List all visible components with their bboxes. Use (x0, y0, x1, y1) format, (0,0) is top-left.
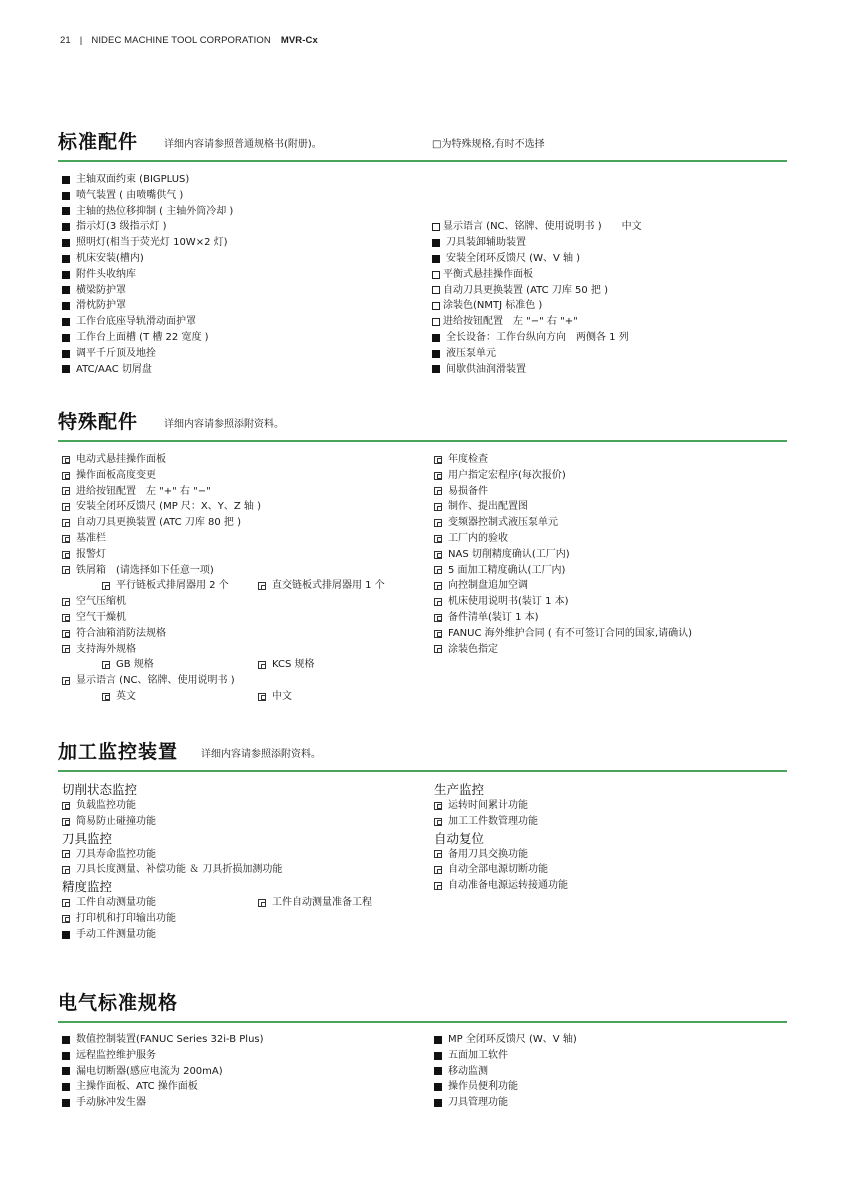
square-in-square-icon (62, 915, 70, 923)
empty-square-icon (432, 223, 440, 231)
section-divider (58, 770, 787, 772)
list-item: 安装全闭环反馈尺 (MP 尺：X、Y、Z 轴 ) (62, 499, 414, 515)
list-item: 操作面板高度变更 (62, 468, 414, 484)
list-item: 年度检查 (434, 452, 692, 468)
item-label: 滑枕防护罩 (76, 298, 126, 314)
list-item: 调平千斤顶及地拴 (62, 346, 233, 362)
item-label: 向控制盘追加空调 (448, 578, 528, 594)
list-item: 刀具装卸辅助装置 (432, 235, 642, 251)
filled-square-icon (62, 207, 70, 215)
square-in-square-icon (434, 630, 442, 638)
square-in-square-icon (434, 551, 442, 559)
header-separator: | (80, 35, 83, 46)
square-in-square-icon (62, 598, 70, 606)
item-label: 制作、提出配置图 (448, 499, 528, 515)
item-label: 横梁防护罩 (76, 283, 126, 299)
sub-option-row: 平行链板式排屑器用 2 个直交链板式排屑器用 1 个 (62, 578, 414, 594)
item-label: 空气干燥机 (76, 610, 126, 626)
list-item: 机床安装(槽内) (62, 251, 233, 267)
item-label: 主轴的热位移抑制 ( 主轴外筒冷却 ) (76, 204, 233, 220)
right-column: MP 全闭环反馈尺 (W、V 轴)五面加工软件移动监测操作员便利功能刀具管理功能 (434, 1032, 577, 1111)
item-label: 工件自动测量准备工程 (272, 895, 372, 911)
list-item: 全长设备：工作台纵向方向 两侧各 1 列 (432, 330, 642, 346)
item-label: 电动式悬挂操作面板 (76, 452, 166, 468)
item-label: 机床使用说明书(装订 1 本) (448, 594, 569, 610)
square-in-square-icon (62, 551, 70, 559)
item-label: 基准栏 (76, 531, 106, 547)
list-item: 间歇供油润滑装置 (432, 362, 642, 378)
list-item: 数值控制装置(FANUC Series 32i-B Plus) (62, 1032, 264, 1048)
list-item: 远程监控维护服务 (62, 1048, 264, 1064)
list-item: 基准栏 (62, 531, 414, 547)
group-heading: 切削状态监控 (62, 781, 372, 798)
square-in-square-icon (62, 866, 70, 874)
item-label: 指示灯(3 级指示灯 ) (76, 219, 167, 235)
list-item: 照明灯(相当于荧光灯 10W×2 灯) (62, 235, 233, 251)
list-item: 显示语言 (NC、铭牌、使用说明书 ) (62, 673, 414, 689)
item-label: 涂装色指定 (448, 642, 498, 658)
filled-square-icon (62, 1052, 70, 1060)
list-item: 涂装色指定 (434, 642, 692, 658)
list-item: 制作、提出配置图 (434, 499, 692, 515)
item-label: 平行链板式排屑器用 2 个 (116, 578, 229, 594)
sub-option: 中文 (258, 689, 414, 705)
filled-square-icon (62, 192, 70, 200)
list-item: 5 面加工精度确认(工厂内) (434, 563, 692, 579)
filled-square-icon (62, 365, 70, 373)
sub-option: 平行链板式排屑器用 2 个 (102, 578, 258, 594)
section-machining-monitoring: 加工监控装置 详细内容请参照添附资料。 切削状态监控负载监控功能简易防止碰撞功能… (58, 738, 787, 781)
square-in-square-icon (258, 693, 266, 701)
list-item: 工件自动测量功能工件自动测量准备工程 (62, 895, 372, 911)
sub-option: 直交链板式排屑器用 1 个 (258, 578, 414, 594)
filled-square-icon (62, 1036, 70, 1044)
list-item: 显示语言 (NC、铭牌、使用说明书 ) 中文 (432, 219, 642, 235)
item-label: 变频器控制式液压泵单元 (448, 515, 558, 531)
list-item: 打印机和打印输出功能 (62, 911, 372, 927)
square-in-square-icon (434, 614, 442, 622)
square-in-square-icon (62, 630, 70, 638)
item-label: 远程监控维护服务 (76, 1048, 156, 1064)
section-electrical-specs: 电气标准规格 数值控制装置(FANUC Series 32i-B Plus)远程… (58, 989, 787, 1032)
item-label: 英文 (116, 689, 136, 705)
list-item: 涂装色(NMTJ 标准色 ) (432, 298, 642, 314)
item-label: 安装全闭环反馈尺 (W、V 轴 ) (446, 251, 580, 267)
list-item: 铁屑箱 (请选择如下任意一项) (62, 563, 414, 579)
right-column: 生产监控运转时间累计功能加工工件数管理功能自动复位备用刀具交换功能自动全部电源切… (434, 781, 568, 894)
right-column: 显示语言 (NC、铭牌、使用说明书 ) 中文刀具装卸辅助装置安装全闭环反馈尺 (… (432, 219, 642, 377)
item-label: 工作台底座导轨滑动面护罩 (76, 314, 196, 330)
left-column: 主轴双面约束 (BIGPLUS)喷气装置 ( 由喷嘴供气 )主轴的热位移抑制 (… (62, 172, 233, 377)
item-label: MP 全闭环反馈尺 (W、V 轴) (448, 1032, 577, 1048)
item-label: 进给按钮配置 左 "+" 右 "−" (76, 484, 211, 500)
list-item: 刀具寿命监控功能 (62, 847, 372, 863)
item-label: 刀具装卸辅助装置 (446, 235, 526, 251)
filled-square-icon (62, 176, 70, 184)
square-in-square-icon (102, 582, 110, 590)
list-item: 手动工件测量功能 (62, 927, 372, 943)
item-label: 调平千斤顶及地拴 (76, 346, 156, 362)
list-item: 进给按钮配置 左 "−" 右 "+" (432, 314, 642, 330)
list-item: 滑枕防护罩 (62, 298, 233, 314)
list-item: 附件头收纳库 (62, 267, 233, 283)
item-label: 喷气装置 ( 由喷嘴供气 ) (76, 188, 183, 204)
item-label: 附件头收纳库 (76, 267, 136, 283)
list-item: 自动刀具更换装置 (ATC 刀库 80 把 ) (62, 515, 414, 531)
filled-square-icon (432, 334, 440, 342)
item-label: 自动全部电源切断功能 (448, 862, 548, 878)
item-label: 自动刀具更换装置 (ATC 刀库 80 把 ) (76, 515, 241, 531)
square-in-square-icon (62, 519, 70, 527)
square-in-square-icon (62, 487, 70, 495)
list-item: 报警灯 (62, 547, 414, 563)
filled-square-icon (62, 318, 70, 326)
filled-square-icon (62, 286, 70, 294)
filled-square-icon (62, 302, 70, 310)
group-heading: 生产监控 (434, 781, 568, 798)
list-item: 工厂内的验收 (434, 531, 692, 547)
square-in-square-icon (434, 818, 442, 826)
square-in-square-icon (434, 582, 442, 590)
item-label: 中文 (272, 689, 292, 705)
filled-square-icon (434, 1052, 442, 1060)
filled-square-icon (62, 931, 70, 939)
item-label: 五面加工软件 (448, 1048, 508, 1064)
item-label: 自动准备电源运转接通功能 (448, 878, 568, 894)
square-in-square-icon (434, 519, 442, 527)
sub-option: 英文 (102, 689, 258, 705)
item-label: 空气压缩机 (76, 594, 126, 610)
list-item: 主轴的热位移抑制 ( 主轴外筒冷却 ) (62, 204, 233, 220)
list-item: 加工工件数管理功能 (434, 814, 568, 830)
list-item: 负载监控功能 (62, 798, 372, 814)
item-label: 加工工件数管理功能 (448, 814, 538, 830)
list-item: 机床使用说明书(装订 1 本) (434, 594, 692, 610)
item-label: 自动刀具更换装置 (ATC 刀库 50 把 ) (443, 283, 608, 299)
square-in-square-icon (258, 661, 266, 669)
filled-square-icon (62, 271, 70, 279)
list-item: 用户指定宏程序(每次报价) (434, 468, 692, 484)
item-label: KCS 规格 (272, 657, 315, 673)
list-item: 指示灯(3 级指示灯 ) (62, 219, 233, 235)
item-label: 支持海外规格 (76, 642, 136, 658)
list-item: 手动脉冲发生器 (62, 1095, 264, 1111)
item-label: 备件清单(装订 1 本) (448, 610, 539, 626)
item-label: 铁屑箱 (请选择如下任意一项) (76, 563, 214, 579)
section-title: 电气标准规格 (58, 988, 178, 1015)
item-label: 显示语言 (NC、铭牌、使用说明书 ) 中文 (443, 219, 642, 235)
square-in-square-icon (258, 582, 266, 590)
group-heading: 精度监控 (62, 878, 372, 895)
item-label: 工作台上面槽 (T 槽 22 宽度 ) (76, 330, 209, 346)
square-in-square-icon (62, 535, 70, 543)
left-column: 数值控制装置(FANUC Series 32i-B Plus)远程监控维护服务漏… (62, 1032, 264, 1111)
list-item: 刀具管理功能 (434, 1095, 577, 1111)
item-label: 数值控制装置(FANUC Series 32i-B Plus) (76, 1032, 264, 1048)
list-item: 简易防止碰撞功能 (62, 814, 372, 830)
item-label: 机床安装(槽内) (76, 251, 144, 267)
square-in-square-icon (434, 503, 442, 511)
page-number: 21 (60, 35, 71, 46)
list-item: 移动监测 (434, 1064, 577, 1080)
item-label: 运转时间累计功能 (448, 798, 528, 814)
list-item: 支持海外规格 (62, 642, 414, 658)
square-in-square-icon (434, 472, 442, 480)
item-label: 液压泵单元 (446, 346, 496, 362)
square-in-square-icon (62, 899, 70, 907)
section-note: 详细内容请参照普通规格书(附册)。 (164, 135, 322, 150)
list-item: FANUC 海外维护合同 ( 有不可签订合同的国家,请确认) (434, 626, 692, 642)
filled-square-icon (62, 223, 70, 231)
section-title: 加工监控装置 (58, 737, 178, 764)
filled-square-icon (432, 255, 440, 263)
item-label: 操作面板高度变更 (76, 468, 156, 484)
item-label: 刀具寿命监控功能 (76, 847, 156, 863)
item-label: 显示语言 (NC、铭牌、使用说明书 ) (76, 673, 235, 689)
list-item: ATC/AAC 切屑盘 (62, 362, 233, 378)
list-item: 漏电切断器(感应电流为 200mA) (62, 1064, 264, 1080)
list-item: 平衡式悬挂操作面板 (432, 267, 642, 283)
square-in-square-icon (434, 882, 442, 890)
list-item: 进给按钮配置 左 "+" 右 "−" (62, 484, 414, 500)
item-label: 5 面加工精度确认(工厂内) (448, 563, 565, 579)
square-in-square-icon (62, 503, 70, 511)
square-in-square-icon (102, 661, 110, 669)
item-label: 安装全闭环反馈尺 (MP 尺：X、Y、Z 轴 ) (76, 499, 261, 515)
item-label: 主操作面板、ATC 操作面板 (76, 1079, 198, 1095)
square-in-square-icon (62, 677, 70, 685)
list-item: 五面加工软件 (434, 1048, 577, 1064)
list-item: 变频器控制式液压泵单元 (434, 515, 692, 531)
item-label: 手动脉冲发生器 (76, 1095, 146, 1111)
list-item: 主操作面板、ATC 操作面板 (62, 1079, 264, 1095)
item-label: 直交链板式排屑器用 1 个 (272, 578, 385, 594)
item-label: ATC/AAC 切屑盘 (76, 362, 152, 378)
item-label: NAS 切削精度确认(工厂内) (448, 547, 570, 563)
filled-square-icon (434, 1067, 442, 1075)
item-label: 报警灯 (76, 547, 106, 563)
item-label: 移动监测 (448, 1064, 488, 1080)
item-label: 工厂内的验收 (448, 531, 508, 547)
sub-option-row: GB 规格KCS 规格 (62, 657, 414, 673)
section-divider (58, 1021, 787, 1023)
empty-square-icon (432, 271, 440, 279)
item-label: 易损备件 (448, 484, 488, 500)
list-item: 备用刀具交换功能 (434, 847, 568, 863)
item-label: 打印机和打印输出功能 (76, 911, 176, 927)
list-item: NAS 切削精度确认(工厂内) (434, 547, 692, 563)
list-item: 横梁防护罩 (62, 283, 233, 299)
group-heading: 刀具监控 (62, 830, 372, 847)
list-item: 备件清单(装订 1 本) (434, 610, 692, 626)
item-label: 全长设备：工作台纵向方向 两侧各 1 列 (446, 330, 629, 346)
item-label: FANUC 海外维护合同 ( 有不可签订合同的国家,请确认) (448, 626, 692, 642)
company-name: NIDEC MACHINE TOOL CORPORATION (91, 35, 270, 46)
item-label: 进给按钮配置 左 "−" 右 "+" (443, 314, 578, 330)
square-in-square-icon (62, 472, 70, 480)
section-title: 标准配件 (58, 127, 138, 154)
item-label: 符合油箱消防法规格 (76, 626, 166, 642)
item-label: 手动工件测量功能 (76, 927, 156, 943)
square-in-square-icon (62, 802, 70, 810)
filled-square-icon (62, 1067, 70, 1075)
model-name: MVR-Cx (281, 35, 318, 46)
item-label: 涂装色(NMTJ 标准色 ) (443, 298, 542, 314)
list-item: 自动准备电源运转接通功能 (434, 878, 568, 894)
filled-square-icon (434, 1099, 442, 1107)
item-label: 简易防止碰撞功能 (76, 814, 156, 830)
item-label: 操作员便利功能 (448, 1079, 518, 1095)
list-item: 工作台上面槽 (T 槽 22 宽度 ) (62, 330, 233, 346)
list-item: 向控制盘追加空调 (434, 578, 692, 594)
filled-square-icon (434, 1036, 442, 1044)
list-item: 空气干燥机 (62, 610, 414, 626)
item-label: 备用刀具交换功能 (448, 847, 528, 863)
item-label: 照明灯(相当于荧光灯 10W×2 灯) (76, 235, 228, 251)
filled-square-icon (62, 1083, 70, 1091)
list-item: 液压泵单元 (432, 346, 642, 362)
filled-square-icon (432, 350, 440, 358)
list-item: 工作台底座导轨滑动面护罩 (62, 314, 233, 330)
square-in-square-icon (434, 645, 442, 653)
item-label: 负载监控功能 (76, 798, 136, 814)
square-in-square-icon (434, 850, 442, 858)
section-note: 详细内容请参照添附资料。 (201, 745, 321, 760)
item-label: GB 规格 (116, 657, 154, 673)
square-in-square-icon (102, 693, 110, 701)
list-item: 自动刀具更换装置 (ATC 刀库 50 把 ) (432, 283, 642, 299)
item-label: 工件自动测量功能 (76, 895, 156, 911)
right-column: 年度检查用户指定宏程序(每次报价)易损备件制作、提出配置图变频器控制式液压泵单元… (434, 452, 692, 657)
left-column: 电动式悬挂操作面板操作面板高度变更进给按钮配置 左 "+" 右 "−"安装全闭环… (62, 452, 414, 705)
item-label: 用户指定宏程序(每次报价) (448, 468, 566, 484)
list-item-extra: 工件自动测量准备工程 (258, 895, 372, 911)
section-divider (58, 440, 787, 442)
filled-square-icon (434, 1083, 442, 1091)
square-in-square-icon (62, 850, 70, 858)
square-in-square-icon (62, 818, 70, 826)
square-in-square-icon (434, 487, 442, 495)
list-item: 电动式悬挂操作面板 (62, 452, 414, 468)
item-label: 平衡式悬挂操作面板 (443, 267, 533, 283)
empty-square-icon (432, 302, 440, 310)
filled-square-icon (432, 239, 440, 247)
square-in-square-icon (434, 802, 442, 810)
sub-option-row: 英文中文 (62, 689, 414, 705)
list-item: 空气压缩机 (62, 594, 414, 610)
empty-square-icon (432, 286, 440, 294)
list-item: 易损备件 (434, 484, 692, 500)
item-label: 刀具长度测量、补偿功能 ＆ 刀具折损加测功能 (76, 862, 282, 878)
square-in-square-icon (434, 566, 442, 574)
item-label: 间歇供油润滑装置 (446, 362, 526, 378)
list-item: 符合油箱消防法规格 (62, 626, 414, 642)
filled-square-icon (432, 365, 440, 373)
filled-square-icon (62, 1099, 70, 1107)
square-in-square-icon (434, 535, 442, 543)
list-item: 自动全部电源切断功能 (434, 862, 568, 878)
section-note: 详细内容请参照添附资料。 (164, 415, 284, 430)
group-heading: 自动复位 (434, 830, 568, 847)
square-in-square-icon (62, 456, 70, 464)
filled-square-icon (62, 239, 70, 247)
item-label: 主轴双面约束 (BIGPLUS) (76, 172, 189, 188)
item-label: 刀具管理功能 (448, 1095, 508, 1111)
square-in-square-icon (62, 645, 70, 653)
square-in-square-icon (62, 614, 70, 622)
sub-option: KCS 规格 (258, 657, 414, 673)
square-in-square-icon (434, 866, 442, 874)
item-label: 年度检查 (448, 452, 488, 468)
square-in-square-icon (62, 566, 70, 574)
square-in-square-icon (434, 598, 442, 606)
item-label: 漏电切断器(感应电流为 200mA) (76, 1064, 223, 1080)
square-in-square-icon (258, 899, 266, 907)
section-divider (58, 160, 787, 162)
list-item: 运转时间累计功能 (434, 798, 568, 814)
section-special-accessories: 特殊配件 详细内容请参照添附资料。 电动式悬挂操作面板操作面板高度变更进给按钮配… (58, 408, 787, 452)
legend-note: □为特殊规格,有时不选择 (432, 135, 545, 150)
list-item: 操作员便利功能 (434, 1079, 577, 1095)
list-item: 安装全闭环反馈尺 (W、V 轴 ) (432, 251, 642, 267)
empty-square-icon (432, 318, 440, 326)
list-item: 刀具长度测量、补偿功能 ＆ 刀具折损加测功能 (62, 862, 372, 878)
sub-option: GB 规格 (102, 657, 258, 673)
filled-square-icon (62, 334, 70, 342)
page-header: 21|NIDEC MACHINE TOOL CORPORATIONMVR-Cx (60, 35, 318, 46)
left-column: 切削状态监控负载监控功能简易防止碰撞功能刀具监控刀具寿命监控功能刀具长度测量、补… (62, 781, 372, 943)
filled-square-icon (62, 255, 70, 263)
list-item: 喷气装置 ( 由喷嘴供气 ) (62, 188, 233, 204)
section-title: 特殊配件 (58, 407, 138, 434)
filled-square-icon (62, 350, 70, 358)
square-in-square-icon (434, 456, 442, 464)
list-item: MP 全闭环反馈尺 (W、V 轴) (434, 1032, 577, 1048)
list-item: 主轴双面约束 (BIGPLUS) (62, 172, 233, 188)
section-standard-accessories: 标准配件 详细内容请参照普通规格书(附册)。 □为特殊规格,有时不选择 主轴双面… (58, 128, 787, 172)
